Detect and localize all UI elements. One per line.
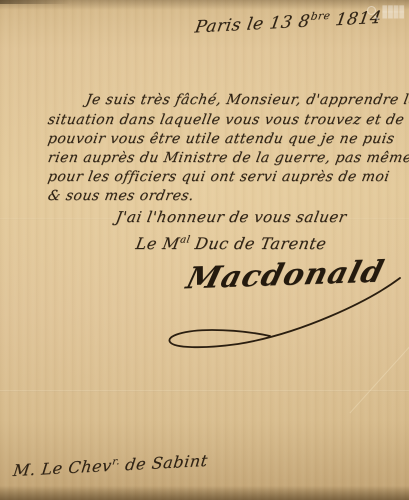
body-line: & sous mes ordres. bbox=[47, 188, 196, 204]
paper-crease bbox=[0, 390, 409, 392]
magnifier-lens bbox=[367, 6, 376, 15]
body-line: rien auprès du Ministre de la guerre, pa… bbox=[47, 150, 409, 166]
body-line: pouvoir vous être utile attendu que je n… bbox=[47, 131, 396, 147]
closing-salutation: J'ai l'honneur de vous saluer bbox=[114, 208, 348, 226]
paper-edge-dark-corner bbox=[0, 0, 70, 4]
paper-edge-shadow-bottom bbox=[0, 486, 409, 500]
body-line: situation dans laquelle vous vous trouve… bbox=[47, 112, 409, 128]
address-prefix: M. Le Chev bbox=[12, 456, 113, 480]
letter-photograph: Paris le 13 8bre 1814 ████ ████ Je suis … bbox=[0, 0, 409, 500]
body-line: pour les officiers qui ont servi auprès … bbox=[47, 169, 391, 185]
watermark-row: ████ bbox=[383, 13, 405, 19]
date-superscript: bre bbox=[310, 10, 332, 23]
closing-title: Le Mal Duc de Tarente bbox=[134, 234, 328, 253]
recipient-address: M. Le Chevr. de Sabint bbox=[12, 451, 209, 480]
magnifier-icon bbox=[367, 6, 380, 19]
watermark: ████ ████ bbox=[367, 6, 405, 19]
address-rest: de Sabint bbox=[118, 451, 209, 475]
date-line: Paris le 13 8bre 1814 bbox=[193, 7, 383, 37]
body-line: Je suis très fâché, Monsieur, d'apprendr… bbox=[85, 92, 409, 108]
closing-title-rest: Duc de Tarente bbox=[188, 234, 328, 253]
date-prefix: Paris le 13 8 bbox=[193, 12, 311, 38]
signature-paraph-flourish bbox=[140, 272, 408, 368]
watermark-text: ████ ████ bbox=[383, 7, 405, 19]
closing-title-prefix: Le M bbox=[134, 234, 181, 253]
